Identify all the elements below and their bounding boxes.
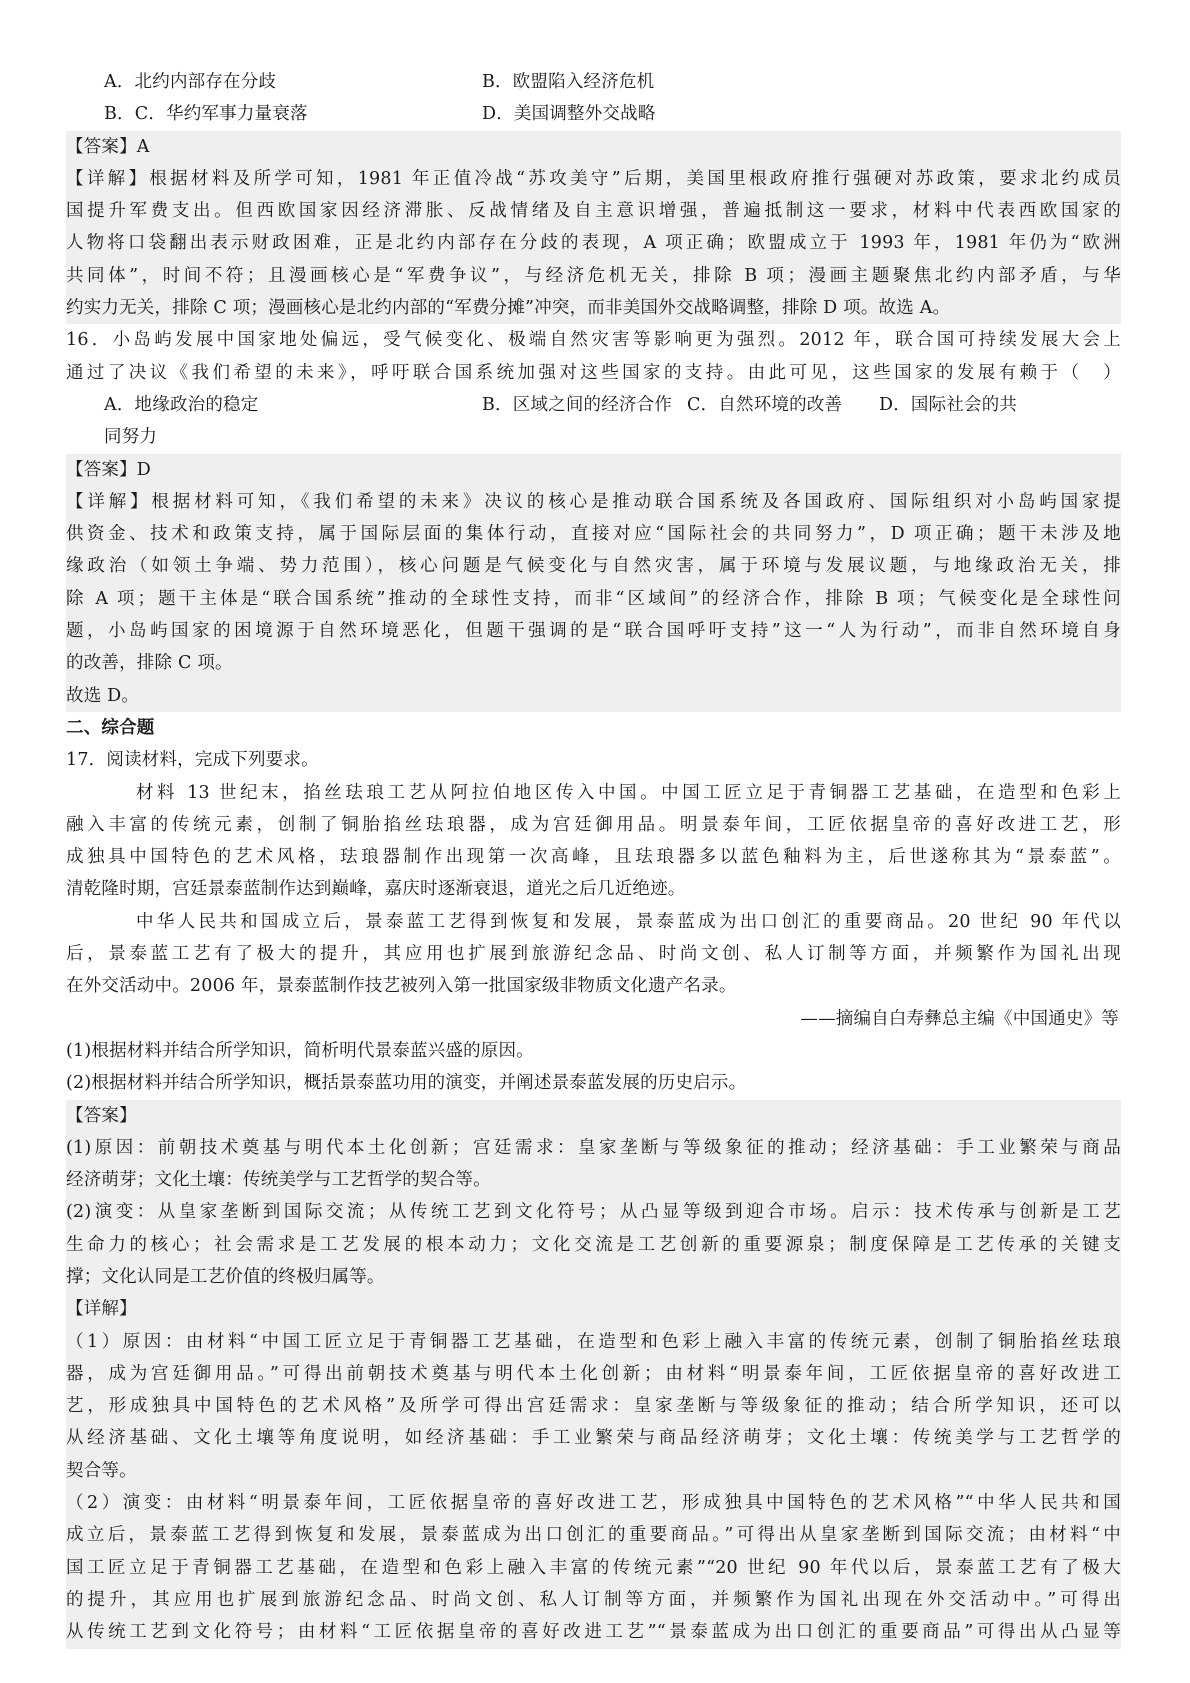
material-line: 清乾隆时期，宫廷景泰蓝制作达到巅峰，嘉庆时逐渐衰退，道光之后几近绝迹。 [66, 873, 1121, 905]
material-line: 成独具中国特色的艺术风格，珐琅器制作出现第一次高峰，且珐琅器多以蓝色釉料为主，后… [66, 841, 1121, 873]
q16-option-d-wrap: 同努力 [66, 421, 1121, 453]
q15-option-c: B．C．华约军事力量衰落 [104, 98, 482, 130]
q17-answer-line: 经济萌芽；文化土壤：传统美学与工艺哲学的契合等。 [66, 1164, 1121, 1196]
q17-answer-panel: 【答案】 (1)原因：前朝技术奠基与明代本土化创新；宫廷需求：皇家垄断与等级象征… [66, 1100, 1121, 1649]
material-source: ——摘编自白寿彝总主编《中国通史》等 [66, 1003, 1121, 1035]
q15-option-a: A．北约内部存在分歧 [104, 66, 482, 98]
q17-answer-line: 生命力的核心；社会需求是工艺发展的根本动力；文化交流是工艺创新的重要源泉；制度保… [66, 1229, 1121, 1261]
q17-explain-line: 艺，形成独具中国特色的艺术风格”及所学可得出宫廷需求：皇家垄断与等级象征的推动；… [66, 1390, 1121, 1422]
q17-sub-question-1: (1)根据材料并结合所学知识，简析明代景泰蓝兴盛的原因。 [66, 1035, 1121, 1067]
q17-explain-line: 契合等。 [66, 1455, 1121, 1487]
q15-option-b: B．欧盟陷入经济危机 [482, 66, 654, 98]
q16-explain-line: 除 A 项；题干主体是“联合国系统”推动的全球性支持，而非“区域间”的经济合作，… [66, 583, 1121, 615]
q16-option-c: C．自然环境的改善 [687, 389, 879, 421]
q15-explain-line: 【详解】根据材料及所学可知，1981 年正值冷战“苏攻美守”后期，美国里根政府推… [66, 163, 1121, 195]
q16-answer: 【答案】D [66, 454, 1121, 486]
q17-stem: 17．阅读材料，完成下列要求。 [66, 744, 1121, 776]
q17-explain-line: （2）演变：由材料“明景泰年间，工匠依据皇帝的喜好改进工艺，形成独具中国特色的艺… [66, 1487, 1121, 1519]
material-line: 在外交活动中。2006 年，景泰蓝制作技艺被列入第一批国家级非物质文化遗产名录。 [66, 970, 1121, 1002]
q16-explain-line: 题，小岛屿国家的困境源于自然环境恶化，但题干强调的是“联合国呼吁支持”这一“人为… [66, 615, 1121, 647]
q15-option-d: D．美国调整外交战略 [482, 98, 656, 130]
document-page: A．北约内部存在分歧 B．欧盟陷入经济危机 B．C．华约军事力量衰落 D．美国调… [66, 66, 1121, 1649]
q17-explain-line: 成立后，景泰蓝工艺得到恢复和发展，景泰蓝成为出口创汇的重要商品。”可得出从皇家垄… [66, 1519, 1121, 1551]
q15-explain-line: 人物将口袋翻出表示财政困难，正是北约内部存在分歧的表现，A 项正确；欧盟成立于 … [66, 227, 1121, 259]
q15-answer-panel: 【答案】A 【详解】根据材料及所学可知，1981 年正值冷战“苏攻美守”后期，美… [66, 131, 1121, 325]
q16-conclusion: 故选 D。 [66, 680, 1121, 712]
q17-answer-line: 撑；文化认同是工艺价值的终极归属等。 [66, 1261, 1121, 1293]
q17-explain-line: 器，成为宫廷御用品。”可得出前朝技术奠基与明代本土化创新；由材料“明景泰年间，工… [66, 1358, 1121, 1390]
q15-answer: 【答案】A [66, 131, 1121, 163]
q15-explain-line: 约实力无关，排除 C 项；漫画核心是北约内部的“军费分摊”冲突，而非美国外交战略… [66, 292, 1121, 324]
q17-material: 材料 13 世纪末，掐丝珐琅工艺从阿拉伯地区传入中国。中国工匠立足于青铜器工艺基… [66, 777, 1121, 1035]
q15-explain-line: 国提升军费支出。但西欧国家因经济滞胀、反战情绪及自主意识增强，普遍抵制这一要求，… [66, 195, 1121, 227]
q16-option-a: A．地缘政治的稳定 [104, 389, 482, 421]
material-line: 中华人民共和国成立后，景泰蓝工艺得到恢复和发展，景泰蓝成为出口创汇的重要商品。2… [66, 906, 1121, 938]
material-line: 后，景泰蓝工艺有了极大的提升，其应用也扩展到旅游纪念品、时尚文创、私人订制等方面… [66, 938, 1121, 970]
q16-option-b: B．区域之间的经济合作 [482, 389, 687, 421]
q16-stem-line: 通过了决议《我们希望的未来》，呼吁联合国系统加强对这些国家的支持。由此可见，这些… [66, 357, 1121, 389]
q17-sub-question-2: (2)根据材料并结合所学知识，概括景泰蓝功用的演变，并阐述景泰蓝发展的历史启示。 [66, 1067, 1121, 1099]
q15-explain-line: 共同体”，时间不符；且漫画核心是“军费争议”，与经济危机无关，排除 B 项；漫画… [66, 260, 1121, 292]
q15-options-row-2: B．C．华约军事力量衰落 D．美国调整外交战略 [66, 98, 1121, 130]
q17-explain-line: （1）原因：由材料“中国工匠立足于青铜器工艺基础，在造型和色彩上融入丰富的传统元… [66, 1326, 1121, 1358]
material-line: 材料 13 世纪末，掐丝珐琅工艺从阿拉伯地区传入中国。中国工匠立足于青铜器工艺基… [66, 777, 1121, 809]
q17-explain-line: 从经济基础、文化土壤等角度说明，如经济基础：手工业繁荣与商品经济萌芽；文化土壤：… [66, 1422, 1121, 1454]
q16-explain-line: 缘政治（如领土争端、势力范围），核心问题是气候变化与自然灾害，属于环境与发展议题… [66, 550, 1121, 582]
q16-explain-line: 【详解】根据材料可知，《我们希望的未来》决议的核心是推动联合国系统及各国政府、国… [66, 486, 1121, 518]
q16-stem-line: 16．小岛屿发展中国家地处偏远，受气候变化、极端自然灾害等影响更为强烈。2012… [66, 324, 1121, 356]
q17-answer-line: (2)演变：从皇家垄断到国际交流；从传统工艺到文化符号；从凸显等级到迎合市场。启… [66, 1196, 1121, 1228]
q17-answer-line: (1)原因：前朝技术奠基与明代本土化创新；宫廷需求：皇家垄断与等级象征的推动；经… [66, 1132, 1121, 1164]
q16-option-d: D．国际社会的共 [879, 389, 1017, 421]
section-title: 二、综合题 [66, 712, 1121, 744]
q15-options-row-1: A．北约内部存在分歧 B．欧盟陷入经济危机 [66, 66, 1121, 98]
q17-explain-label: 【详解】 [66, 1293, 1121, 1325]
material-line: 融入丰富的传统元素，创制了铜胎掐丝珐琅器，成为宫廷御用品。明景泰年间，工匠依据皇… [66, 809, 1121, 841]
q16-options: A．地缘政治的稳定 B．区域之间的经济合作 C．自然环境的改善 D．国际社会的共 [66, 389, 1121, 421]
q16-explain-line: 供资金、技术和政策支持，属于国际层面的集体行动，直接对应“国际社会的共同努力”，… [66, 518, 1121, 550]
q16-explain-line: 的改善，排除 C 项。 [66, 647, 1121, 679]
q17-answer-label: 【答案】 [66, 1100, 1121, 1132]
q17-explain-line: 的提升，其应用也扩展到旅游纪念品、时尚文创、私人订制等方面，并频繁作为国礼出现在… [66, 1584, 1121, 1616]
q17-explain-line: 从传统工艺到文化符号；由材料“工匠依据皇帝的喜好改进工艺”“景泰蓝成为出口创汇的… [66, 1616, 1121, 1648]
q16-answer-panel: 【答案】D 【详解】根据材料可知，《我们希望的未来》决议的核心是推动联合国系统及… [66, 454, 1121, 712]
q17-explain-line: 国工匠立足于青铜器工艺基础，在造型和色彩上融入丰富的传统元素”“20 世纪 90… [66, 1552, 1121, 1584]
